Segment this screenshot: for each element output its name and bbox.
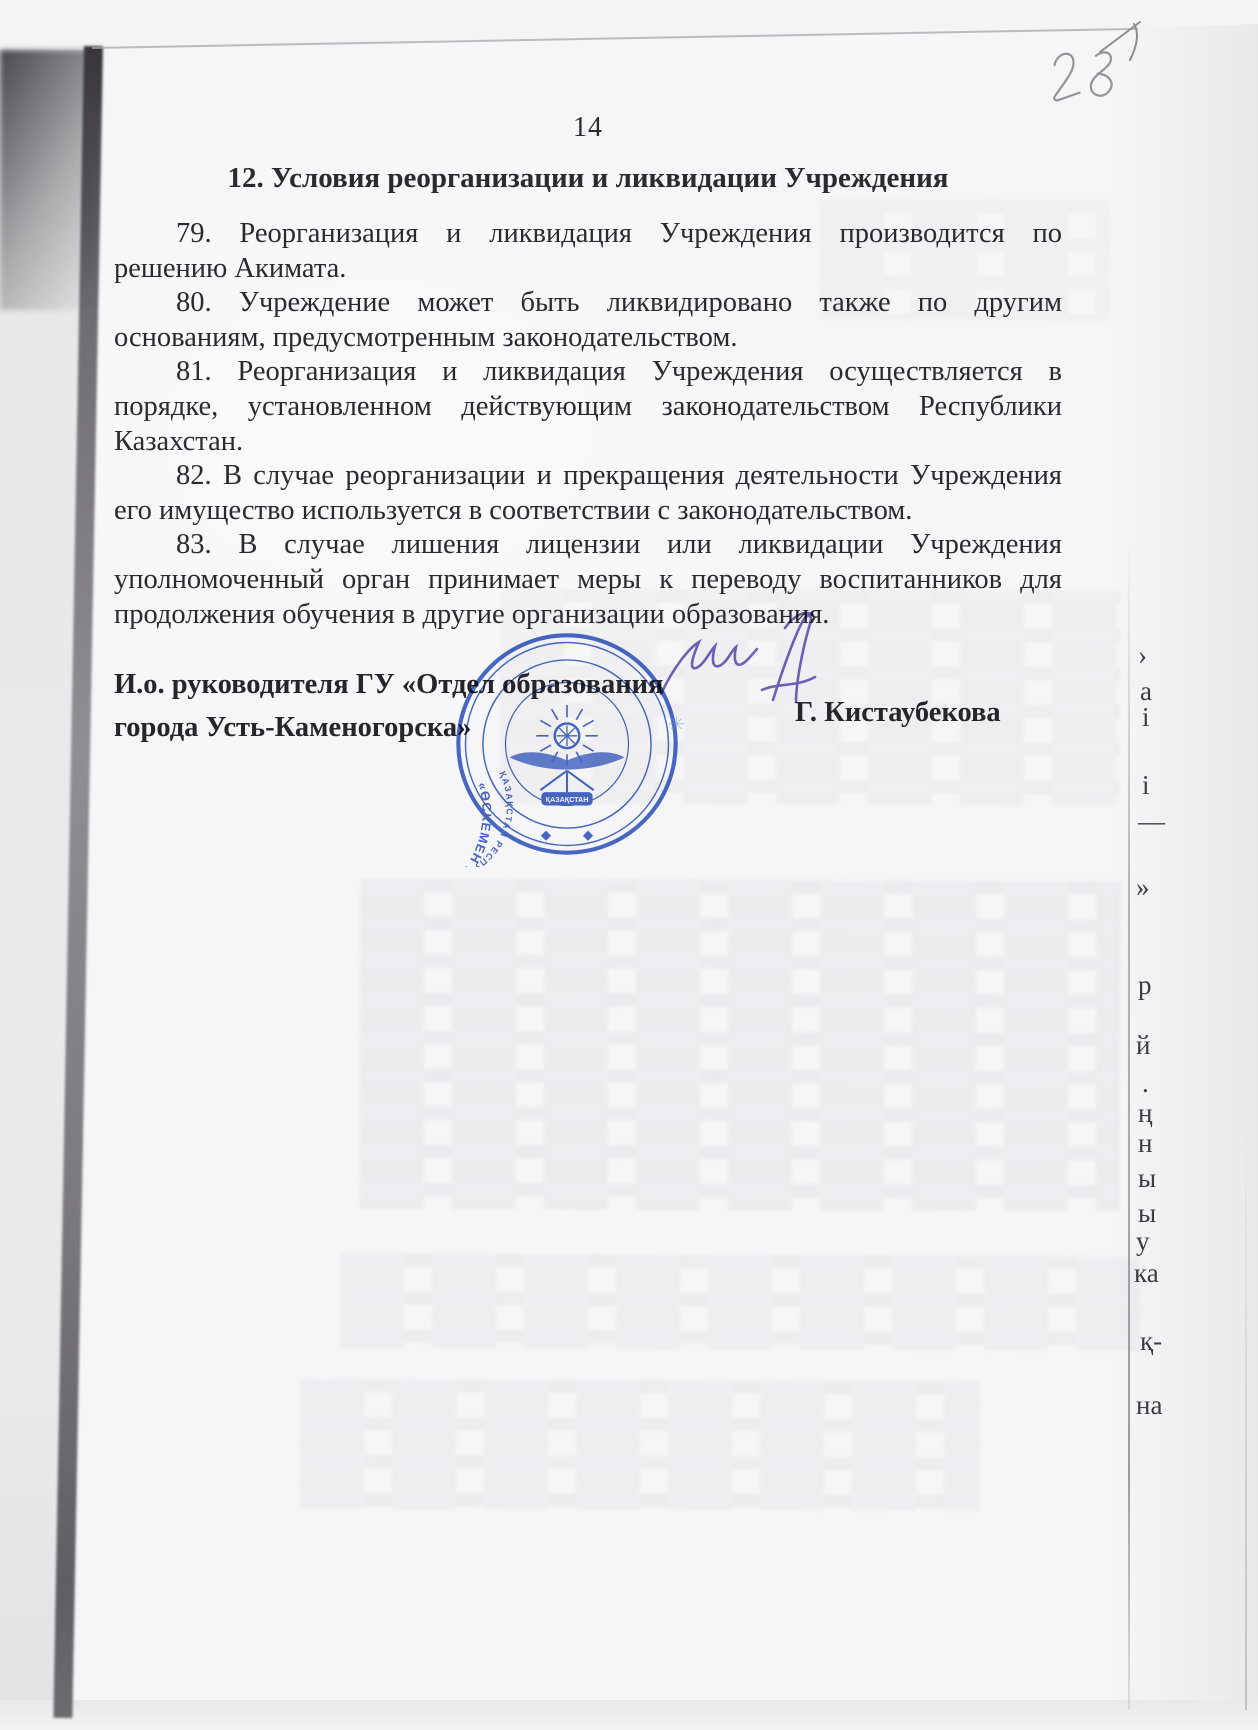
edge-fragment: і <box>1142 770 1150 801</box>
spine-shadow-wedge <box>0 50 95 310</box>
paragraph-line: его имущество используется в соответстви… <box>114 494 1062 529</box>
handwritten-sheet-number: 28 <box>1039 42 1131 113</box>
page-fold-line <box>1128 540 1130 1710</box>
edge-fragment: й <box>1136 1030 1150 1061</box>
paragraph-line: 83. В случае лишения лицензии или ликвид… <box>114 528 1062 563</box>
edge-fragment: ка <box>1134 1258 1159 1289</box>
paragraph-line: 81. Реорганизация и ликвидация Учреждени… <box>114 355 1062 390</box>
paragraph-line: порядке, установленном действующим закон… <box>114 390 1062 425</box>
edge-fragment: н <box>1138 1128 1152 1159</box>
paragraph-line: 79. Реорганизация и ликвидация Учреждени… <box>114 217 1062 252</box>
signatory-title-line2: города Усть-Каменогорска» <box>114 712 471 744</box>
handwritten-signature-icon <box>645 602 855 717</box>
edge-fragment: » <box>1136 872 1150 903</box>
edge-fragment: на <box>1136 1390 1162 1421</box>
edge-fragment: › <box>1138 640 1147 671</box>
edge-fragment: . <box>1142 1068 1149 1099</box>
body-text: 79. Реорганизация и ликвидация Учреждени… <box>114 217 1062 632</box>
section-heading: 12. Условия реорганизации и ликвидации У… <box>114 162 1062 195</box>
edge-fragment: қ- <box>1140 1326 1162 1357</box>
paragraph-line: 82. В случае реорганизации и прекращения… <box>114 459 1062 494</box>
page-number: 14 <box>114 112 1062 144</box>
edge-fragment: ң <box>1138 1098 1152 1129</box>
scanned-document-page: 14 12. Условия реорганизации и ликвидаци… <box>0 0 1258 1730</box>
edge-fragment: ы <box>1138 1163 1156 1194</box>
paragraph-line: уполномоченный орган принимает меры к пе… <box>114 563 1062 598</box>
edge-fragment: — <box>1138 806 1165 837</box>
edge-fragment: у <box>1136 1226 1150 1257</box>
paragraph-line: 80. Учреждение может быть ликвидировано … <box>114 286 1062 321</box>
next-sheet-edge <box>1245 1120 1247 1710</box>
paragraph-line: Казахстан. <box>114 425 1062 460</box>
edge-fragment: і <box>1142 702 1150 733</box>
stamp-center-caption: ҚАЗАҚСТАН <box>546 796 589 804</box>
scan-bottom-background <box>0 1700 1258 1730</box>
paragraph-line: решению Акимата. <box>114 252 1062 287</box>
kazakhstan-emblem-icon: ҚАЗАҚСТАН <box>510 705 625 841</box>
edge-fragment: р <box>1138 970 1152 1001</box>
edge-fragment: ы <box>1138 1198 1156 1229</box>
paragraph-line: основаниям, предусмотренным законодатель… <box>114 321 1062 356</box>
